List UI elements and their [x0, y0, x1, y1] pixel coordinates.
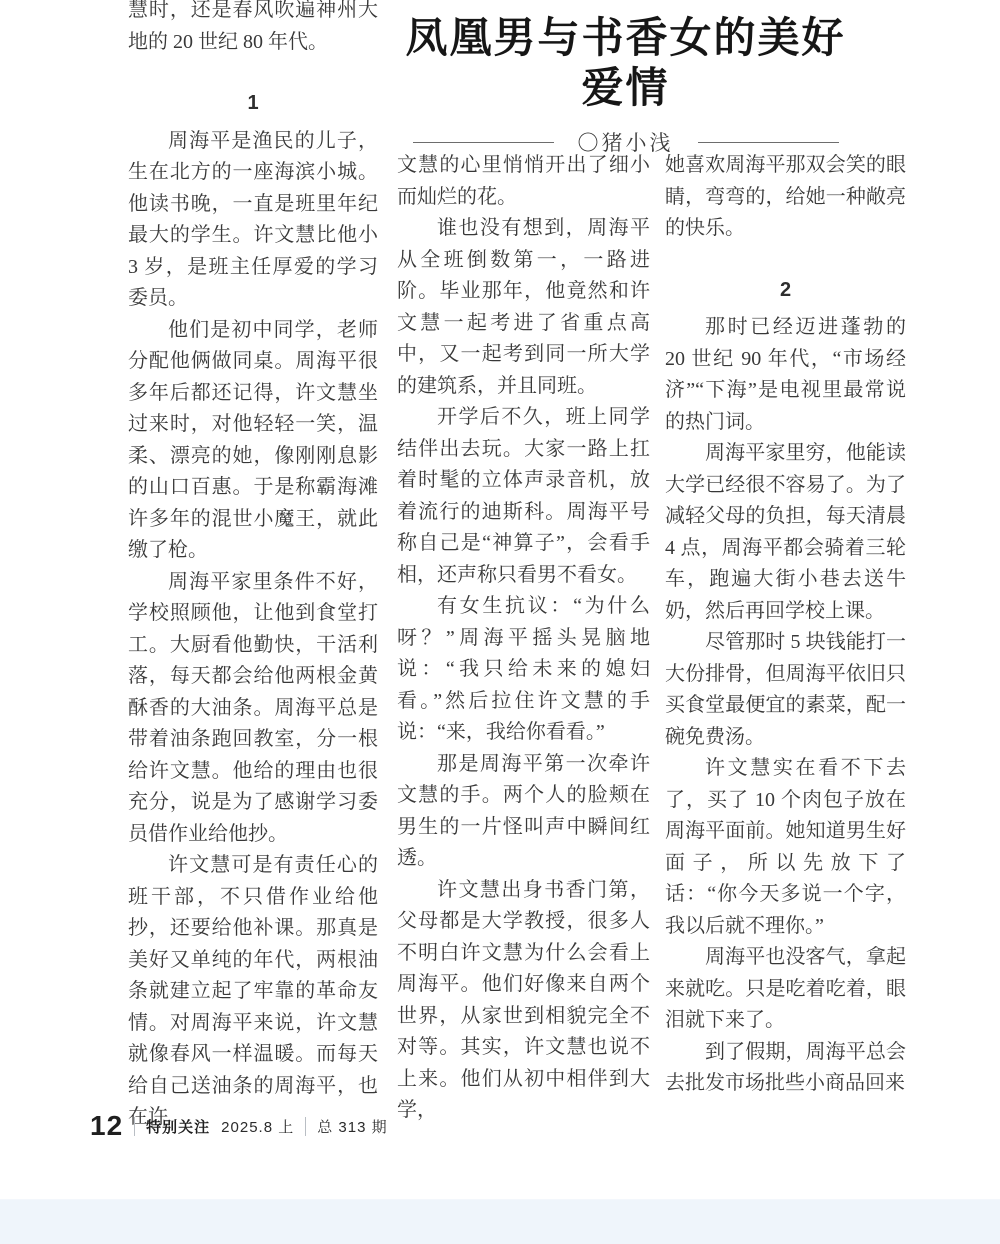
- article-header: 凤凰男与书香女的美好爱情 〇猪小浅: [393, 14, 858, 157]
- column-middle: 文慧的心里悄悄开出了细小而灿烂的花。 谁也没有想到，周海平从全班倒数第一，一路进…: [397, 150, 650, 1127]
- paragraph: 周海平家里穷，他能读大学已经很不容易了。为了减轻父母的负担，每天清晨 4 点，周…: [665, 438, 906, 627]
- column-left: 慧时，还是春风吹遍神州大地的 20 世纪 80 年代。 1 周海平是渔民的儿子，…: [128, 0, 378, 1134]
- viewer-background-strip: [0, 1199, 1000, 1244]
- footer-magazine-name: 特别关注: [146, 1116, 210, 1137]
- paragraph: 那时已经迈进蓬勃的 20 世纪 90 年代，“市场经济”“下海”是电视里最常说的…: [665, 312, 906, 438]
- footer-volume: 总 313 期: [317, 1116, 387, 1137]
- section-number-1: 1: [128, 88, 378, 120]
- paragraph: 有女生抗议：“为什么呀？”周海平摇头晃脑地说：“我只给未来的媳妇看。”然后拉住许…: [397, 591, 650, 749]
- footer-issue: 2025.8 上: [221, 1116, 294, 1137]
- page-footer: 12 特别关注 2025.8 上 总 313 期: [90, 1110, 388, 1142]
- magazine-page: 慧时，还是春风吹遍神州大地的 20 世纪 80 年代。 1 周海平是渔民的儿子，…: [0, 0, 1000, 1244]
- paragraph: 许文慧出身书香门第，父母都是大学教授，很多人不明白许文慧为什么会看上周海平。他们…: [397, 875, 650, 1127]
- footer-page-number: 12: [90, 1110, 123, 1142]
- continued-paragraph: 她喜欢周海平那双会笑的眼睛，弯弯的，给她一种敞亮的快乐。: [665, 150, 906, 245]
- paragraph: 周海平家里条件不好，学校照顾他，让他到食堂打工。大厨看他勤快，干活利落，每天都会…: [128, 567, 378, 851]
- paragraph: 开学后不久，班上同学结伴出去玩。大家一路上扛着时髦的立体声录音机，放着流行的迪斯…: [397, 402, 650, 591]
- continued-paragraph: 文慧的心里悄悄开出了细小而灿烂的花。: [397, 150, 650, 213]
- continued-paragraph: 慧时，还是春风吹遍神州大地的 20 世纪 80 年代。: [128, 0, 378, 58]
- footer-divider: [305, 1117, 306, 1136]
- paragraph: 他们是初中同学，老师分配他俩做同桌。周海平很多年后都还记得，许文慧坐过来时，对他…: [128, 315, 378, 567]
- paragraph: 周海平是渔民的儿子，生在北方的一座海滨小城。他读书晚，一直是班里年纪最大的学生。…: [128, 126, 378, 315]
- section-number-2: 2: [665, 275, 906, 307]
- column-right: 她喜欢周海平那双会笑的眼睛，弯弯的，给她一种敞亮的快乐。 2 那时已经迈进蓬勃的…: [665, 150, 906, 1100]
- paragraph: 许文慧可是有责任心的班干部，不只借作业给他抄，还要给他补课。那真是美好又单纯的年…: [128, 850, 378, 1134]
- byline-rule-left: [413, 142, 554, 143]
- paragraph: 许文慧实在看不下去了，买了 10 个肉包子放在周海平面前。她知道男生好面子，所以…: [665, 753, 906, 942]
- footer-divider: [134, 1117, 135, 1136]
- article-title: 凤凰男与书香女的美好爱情: [393, 14, 858, 114]
- paragraph: 到了假期，周海平总会去批发市场批些小商品回来: [665, 1037, 906, 1100]
- paragraph: 谁也没有想到，周海平从全班倒数第一，一路进阶。毕业那年，他竟然和许文慧一起考进了…: [397, 213, 650, 402]
- byline-rule-right: [698, 142, 839, 143]
- paragraph: 周海平也没客气，拿起来就吃。只是吃着吃着，眼泪就下来了。: [665, 942, 906, 1037]
- paragraph: 尽管那时 5 块钱能打一大份排骨，但周海平依旧只买食堂最便宜的素菜，配一碗免费汤…: [665, 627, 906, 753]
- paragraph: 那是周海平第一次牵许文慧的手。两个人的脸颊在男生的一片怪叫声中瞬间红透。: [397, 749, 650, 875]
